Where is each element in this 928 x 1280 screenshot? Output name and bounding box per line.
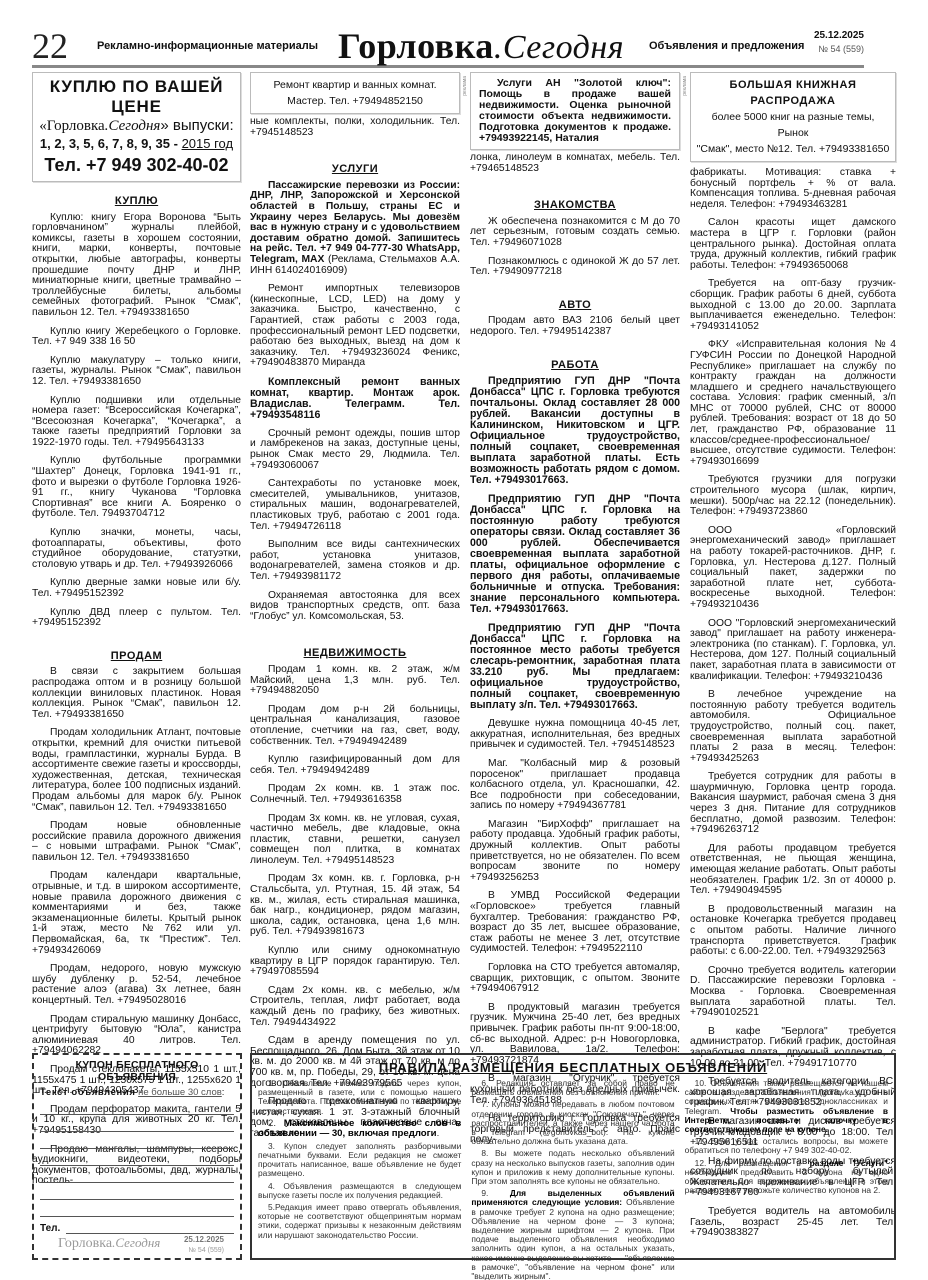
section-title-jobs: РАБОТА [470, 360, 680, 371]
coupon-text-line[interactable] [40, 1098, 234, 1115]
issue-number: № 54 (559) [818, 44, 864, 54]
repair-ad-box: Ремонт квартир и ванных комнат. Мастер. … [250, 72, 460, 114]
logo-main: Горловка [338, 26, 494, 66]
ad-item: Продам, недорого, новую мужскую шубу дуб… [32, 964, 241, 1006]
ad-item: Продам 3х комн. кв. не угловая, сухая, ч… [250, 814, 460, 867]
rule-item: 10. Объявления также размещаются на наше… [685, 1079, 888, 1134]
ad-item: Выполним все виды сантехнических работ, … [250, 540, 460, 582]
ad-item: Пассажирские перевозки из России: ДНР, Л… [250, 181, 460, 276]
page-header: 22 Рекламно-информационные материалы Гор… [32, 22, 864, 68]
ad-continuation: лонка, линолеум в комнатах, мебель. Тел.… [470, 153, 680, 174]
ad-item: Срочно требуется водитель категории D. П… [690, 966, 896, 1019]
section-title-realty: НЕДВИЖИМОСТЬ [250, 648, 460, 659]
section-label-left: Рекламно-информационные материалы [97, 40, 318, 52]
free-ad-rules-box: ПРАВИЛА РАЗМЕЩЕНИЯ БЕСПЛАТНЫХ ОБЪЯВЛЕНИЙ… [250, 1053, 896, 1260]
ad-item: Продам дом р-н 2й больницы, центральная … [250, 705, 460, 747]
ad-item: Куплю дверные замки новые или б/у. Тел. … [32, 578, 241, 599]
rule-item: 3. Купон следует заполнять разборчивыми … [258, 1142, 461, 1179]
column-3: Услуги АН "Золотой ключ": Помощь в прода… [470, 72, 680, 1154]
ad-item: Девушке нужна помощница 40-45 лет, аккур… [470, 719, 680, 751]
ad-item: Куплю книгу Жеребецкого о Горловке. Тел.… [32, 327, 241, 348]
advertisement-marker: реклама [462, 76, 468, 96]
rule-item: 11. Если у вас остались вопросы, вы може… [685, 1137, 888, 1155]
coupon-logo: Горловка.Сегодня [58, 1235, 160, 1252]
book-sale-title: БОЛЬШАЯ КНИЖНАЯ РАСПРОДАЖА [695, 77, 891, 109]
ad-item: Сантехработы по установке моек, смесител… [250, 479, 460, 532]
ad-item: Куплю подшивки или отдельные номера газе… [32, 396, 241, 449]
coupon-text-line[interactable] [40, 1115, 234, 1132]
column-1: КУПЛЮ ПО ВАШЕЙ ЦЕНЕ «Горловка.Сегодня» в… [32, 72, 241, 1195]
ad-item: Куплю газифицированный дом для себя. Тел… [250, 755, 460, 776]
buy-back-issues-box: КУПЛЮ ПО ВАШЕЙ ЦЕНЕ «Горловка.Сегодня» в… [32, 72, 241, 182]
ad-item: Продам холодильник Атлант, почтовые откр… [32, 728, 241, 813]
ad-item: ООО «Горловский энергомеханический завод… [690, 526, 896, 611]
ad-item: Требуется на опт-базу грузчик-сборщик. Г… [690, 279, 896, 332]
coupon-text-line[interactable] [40, 1149, 234, 1166]
rule-item: 2. Максимальное количество слов в объявл… [258, 1119, 461, 1139]
ad-item: В лечебное учреждение на постоянную рабо… [690, 690, 896, 764]
ad-item: ООО "Горловский энергомеханический завод… [690, 619, 896, 683]
realty-agency-ad-box: Услуги АН "Золотой ключ": Помощь в прода… [470, 72, 680, 150]
coupon-text-line[interactable] [40, 1166, 234, 1183]
advertisement-marker: реклама [682, 76, 688, 96]
ad-item: Требуется сотрудник для работы в шаурмич… [690, 772, 896, 836]
ad-item: Горловка на СТО требуется автомаляр, сва… [470, 963, 680, 995]
ad-item: Куплю значки, монеты, часы, фотоаппараты… [32, 528, 241, 570]
ad-item: Ж обеспечена познакомится с М до 70 лет … [470, 217, 680, 249]
ad-item: Для работы продавцом требуется ответстве… [690, 844, 896, 897]
coupon-issue: № 54 (559) [188, 1247, 224, 1254]
ad-item: Куплю ДВД плеер с пультом. Тел. +7949515… [32, 608, 241, 629]
rule-item: 9. Для выделенных объявлений применяются… [471, 1189, 674, 1280]
rule-item: 7. Купоны можно передавать в любом почто… [471, 1100, 674, 1146]
ad-item: Продам календари квартальные, отрывные, … [32, 871, 241, 956]
newspaper-logo: Горловка.Сегодня [338, 26, 624, 68]
ad-item-bold: Комплексный ремонт ванных комнат, кварти… [250, 377, 460, 421]
coupon-text-line[interactable] [40, 1200, 234, 1217]
ad-item: Магазин "БирХофф" приглашает на работу п… [470, 820, 680, 884]
ad-item: В УМВД Российской Федерации «Горловское»… [470, 891, 680, 955]
page-number: 22 [32, 28, 68, 64]
coupon-phone-line[interactable] [66, 1223, 234, 1234]
ad-item: Продам 3х комн. кв. г. Горловка, р-н Ста… [250, 874, 460, 938]
issue-date: 25.12.2025 [814, 30, 864, 41]
section-title-services: УСЛУГИ [250, 164, 460, 175]
ad-item-bold: Предприятию ГУП ДНР "Почта Донбасса" ЦПС… [470, 376, 680, 486]
coupon-date: 25.12.2025 [184, 1235, 224, 1244]
ad-item-bold: Предприятию ГУП ДНР "Почта Донбасса" ЦПС… [470, 494, 680, 615]
rule-item: 4. Объявления размещаются в следующем вы… [258, 1182, 461, 1200]
ad-item: Продам 1 комн. кв. 2 этаж, ж/м Майский, … [250, 665, 460, 697]
logo-script: .Сегодня [494, 29, 624, 66]
ad-item: Куплю: книгу Егора Воронова “Быть горлов… [32, 213, 241, 319]
section-label-right: Объявления и предложения [649, 40, 804, 52]
buy-box-phone: Тел. +7 949 302-40-02 [37, 153, 236, 177]
ad-continuation: ные комплекты, полки, холодильник. Тел. … [250, 117, 460, 138]
ad-item: Продам 2х комн. кв. 1 этаж пос. Солнечны… [250, 784, 460, 805]
ad-item: Познакомлюсь с одинокой Ж до 57 лет. Тел… [470, 257, 680, 278]
ad-item-bold: Предприятию ГУП ДНР "Почта Донбасса" ЦПС… [470, 623, 680, 711]
ad-item: В связи с закрытием большая распродажа о… [32, 667, 241, 720]
coupon-title: КУПОН БЕСПЛАТНОГО ОБЪЯВЛЕНИЯ [40, 1059, 234, 1083]
rules-column-2: 6. Редакция оставляет за собой право не … [471, 1079, 674, 1280]
ad-continuation: фабрикаты. Мотивация: ставка + бонусный … [690, 168, 896, 210]
ad-item: Срочный ремонт одежды, пошив штор и ламб… [250, 429, 460, 471]
ad-item: Охраняемая автостоянка для всех видов тр… [250, 591, 460, 623]
ad-item: Требуются грузчики для погрузки строител… [690, 475, 896, 517]
rule-item: 5.Редакция имеет право отвергать объявле… [258, 1203, 461, 1240]
free-ad-coupon[interactable]: КУПОН БЕСПЛАТНОГО ОБЪЯВЛЕНИЯ Текст объяв… [32, 1053, 242, 1260]
buy-box-issues-label: «Горловка.Сегодня» выпуски: [37, 117, 236, 135]
coupon-text-line[interactable] [40, 1183, 234, 1200]
ad-item: Продам авто ВАЗ 2106 белый цвет недорого… [470, 316, 680, 337]
ad-item: Маг. "Колбасный мир & розовый поросенок"… [470, 759, 680, 812]
ad-item: Куплю футбольные программки “Шахтер” Дон… [32, 456, 241, 520]
rule-item: 6. Редакция оставляет за собой право не … [471, 1079, 674, 1097]
section-title-sell: ПРОДАМ [32, 651, 241, 662]
coupon-phone-field[interactable]: Тел. [40, 1223, 234, 1234]
buy-box-title: КУПЛЮ ПО ВАШЕЙ ЦЕНЕ [37, 77, 236, 117]
rules-column-3: 10. Объявления также размещаются на наше… [685, 1079, 888, 1280]
ad-item: В продовольственный магазин на остановке… [690, 905, 896, 958]
section-title-buy: КУПЛЮ [32, 196, 241, 207]
rule-item: 1. Объявление можно подать через купон, … [258, 1079, 461, 1116]
rule-item: 8. Вы можете подать несколько объявлений… [471, 1149, 674, 1186]
ad-item: Продам стиральную машинку Донбасс, центр… [32, 1015, 241, 1057]
section-title-auto: АВТО [470, 300, 680, 311]
ad-item: Салон красоты ищет дамского мастера в ЦГ… [690, 218, 896, 271]
ad-item: Куплю макулатуру – только книги, газеты,… [32, 356, 241, 388]
rules-column-1: 1. Объявление можно подать через купон, … [258, 1079, 461, 1280]
ad-item: Ремонт импортных телевизоров (кинескопны… [250, 284, 460, 369]
coupon-text-line[interactable] [40, 1132, 234, 1149]
ad-item: Продам новые обновленные российские прав… [32, 821, 241, 863]
rule-item: 12. Для размещения в разделе "Услуги" не… [685, 1159, 888, 1196]
book-sale-ad-box: БОЛЬШАЯ КНИЖНАЯ РАСПРОДАЖА более 5000 кн… [690, 72, 896, 162]
ad-item: ФКУ «Исправительная колония №4 ГУФСИН Ро… [690, 340, 896, 467]
coupon-text-label: Текст объявления не больше 30 слов: [40, 1087, 234, 1098]
section-title-dating: ЗНАКОМСТВА [470, 200, 680, 211]
ad-item: Сдам 2х комн. кв. с мебелью, ж/м Строите… [250, 986, 460, 1028]
buy-box-issue-list: 1, 2, 3, 5, 6, 7, 8, 9, 35 - 2015 год [37, 135, 236, 153]
ad-item: Куплю или сниму однокомнатную квартиру в… [250, 946, 460, 978]
rules-title: ПРАВИЛА РАЗМЕЩЕНИЯ БЕСПЛАТНЫХ ОБЪЯВЛЕНИЙ [258, 1060, 888, 1075]
column-2: Ремонт квартир и ванных комнат. Мастер. … [250, 72, 460, 1148]
